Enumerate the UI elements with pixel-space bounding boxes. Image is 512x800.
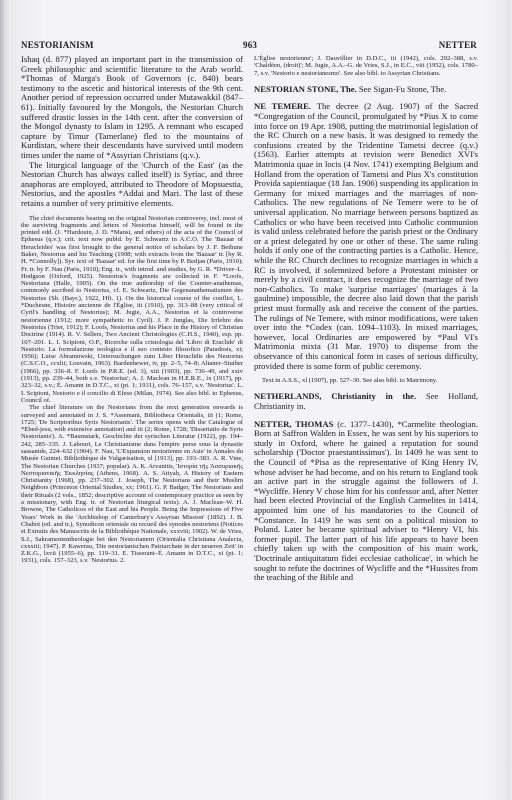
entry-body: (c. 1377–1430), *Carmelite theologian. B… (254, 419, 478, 583)
book-page: NESTORIANISM 963 NETTER Ishaq (d. 877) p… (4, 0, 510, 800)
headword: NETTER, THOMAS (254, 419, 333, 429)
entry-body: See Sigan-Fu Stone, The. (357, 84, 447, 94)
entry-bibliography: Text in A.S.S., xl (1907), pp. 527–30. S… (254, 377, 478, 384)
bibliography-paragraph-1: The chief documents bearing on the origi… (21, 215, 243, 405)
entry-ne-temere: NE TEMERE. The decree (2 Aug. 1907) of t… (254, 102, 478, 371)
running-head-right: NETTER (439, 40, 477, 50)
entry-body: The decree (2 Aug. 1907) of the Sacred *… (254, 101, 478, 370)
headword: NESTORIAN STONE, The. (254, 84, 357, 94)
headword: NE TEMERE. (254, 101, 311, 111)
entry-netherlands: NETHERLANDS, Christianity in the. See Ho… (254, 392, 478, 411)
nestorianism-paragraph-1: Ishaq (d. 877) played an important part … (21, 55, 243, 161)
entry-netter-thomas: NETTER, THOMAS (c. 1377–1430), *Carmelit… (254, 420, 478, 583)
entry-nestorian-stone: NESTORIAN STONE, The. See Sigan-Fu Stone… (254, 85, 478, 95)
bibliography-paragraph-2: The chief literature on the Nestorians f… (21, 404, 243, 565)
page-number: 963 (243, 40, 257, 50)
nestorianism-paragraph-2: The liturgical language of the 'Church o… (21, 161, 243, 209)
running-head-left: NESTORIANISM (21, 40, 94, 50)
right-column: L'Église nestorienne'; J. Dauvillier in … (254, 55, 478, 583)
headword: NETHERLANDS, Christianity in the. (254, 391, 416, 401)
left-column: Ishaq (d. 877) played an important part … (21, 55, 243, 565)
running-head: NESTORIANISM 963 NETTER (21, 40, 477, 52)
bibliography-continuation: L'Église nestorienne'; J. Dauvillier in … (254, 55, 478, 77)
